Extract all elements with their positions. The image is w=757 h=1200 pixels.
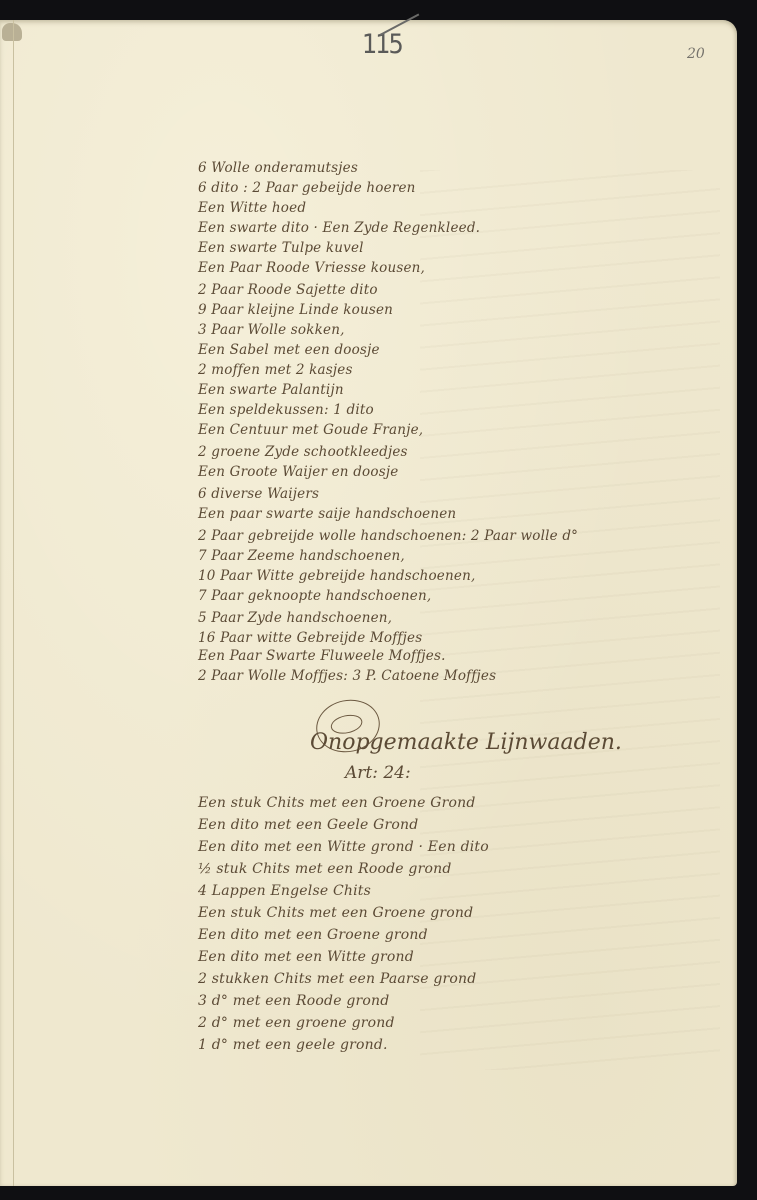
list-item: Een swarte Palantijn	[198, 382, 344, 398]
ink-bleed-through	[420, 170, 720, 1070]
list-item: 2 Paar gebreijde wolle handschoenen: 2 P…	[198, 528, 578, 544]
list-item: Een Centuur met Goude Franje,	[198, 422, 423, 438]
list-item: Een Groote Waijer en doosje	[198, 464, 398, 480]
list-item: Een Paar Swarte Fluweele Moffjes.	[198, 648, 446, 664]
list-item: 3 Paar Wolle sokken,	[198, 322, 345, 338]
list-item: Een Witte hoed	[198, 200, 306, 216]
list-item: Een speldekussen: 1 dito	[198, 402, 374, 418]
list-item: 2 d° met een groene grond	[198, 1015, 395, 1031]
list-item: Een dito met een Witte grond · Een dito	[198, 839, 489, 855]
list-item: Een dito met een Groene grond	[198, 927, 428, 943]
binding-tab	[2, 23, 22, 41]
folio-number-ink: 20	[687, 46, 705, 62]
list-item: 9 Paar kleijne Linde kousen	[198, 302, 393, 318]
list-item: 16 Paar witte Gebreijde Moffjes	[198, 630, 422, 646]
list-item: Een swarte dito · Een Zyde Regenkleed.	[198, 220, 480, 236]
list-item: Een dito met een Witte grond	[198, 949, 414, 965]
list-item: Een paar swarte saije handschoenen	[198, 506, 456, 522]
list-item: 2 Paar Wolle Moffjes: 3 P. Catoene Moffj…	[198, 668, 496, 684]
list-item: 2 groene Zyde schootkleedjes	[198, 444, 408, 460]
list-item: 1 d° met een geele grond.	[198, 1037, 388, 1053]
list-item: Een Paar Roode Vriesse kousen,	[198, 260, 425, 276]
list-item: Een dito met een Geele Grond	[198, 817, 418, 833]
list-item: 2 Paar Roode Sajette dito	[198, 282, 378, 298]
list-item: 7 Paar Zeeme handschoenen,	[198, 548, 405, 564]
list-item: 3 d° met een Roode grond	[198, 993, 389, 1009]
list-item: 2 stukken Chits met een Paarse grond	[198, 971, 476, 987]
list-item: 4 Lappen Engelse Chits	[198, 883, 371, 899]
list-item: Een Sabel met een doosje	[198, 342, 380, 358]
gutter-line	[13, 20, 14, 1186]
list-item: Een stuk Chits met een Groene grond	[198, 905, 473, 921]
list-item: Een stuk Chits met een Groene Grond	[198, 795, 476, 811]
list-item: 10 Paar Witte gebreijde handschoenen,	[198, 568, 475, 584]
list-item: 2 moffen met 2 kasjes	[198, 362, 353, 378]
list-item: 6 dito : 2 Paar gebeijde hoeren	[198, 180, 416, 196]
list-item: 7 Paar geknoopte handschoenen,	[198, 588, 431, 604]
list-item: ½ stuk Chits met een Roode grond	[198, 861, 451, 877]
list-item: 5 Paar Zyde handschoenen,	[198, 610, 392, 626]
section-heading: Onopgemaakte Lijnwaaden.	[310, 730, 622, 755]
list-item: 6 Wolle onderamutsjes	[198, 160, 358, 176]
article-number: Art: 24:	[345, 763, 411, 783]
list-item: Een swarte Tulpe kuvel	[198, 240, 364, 256]
list-item: 6 diverse Waijers	[198, 486, 319, 502]
